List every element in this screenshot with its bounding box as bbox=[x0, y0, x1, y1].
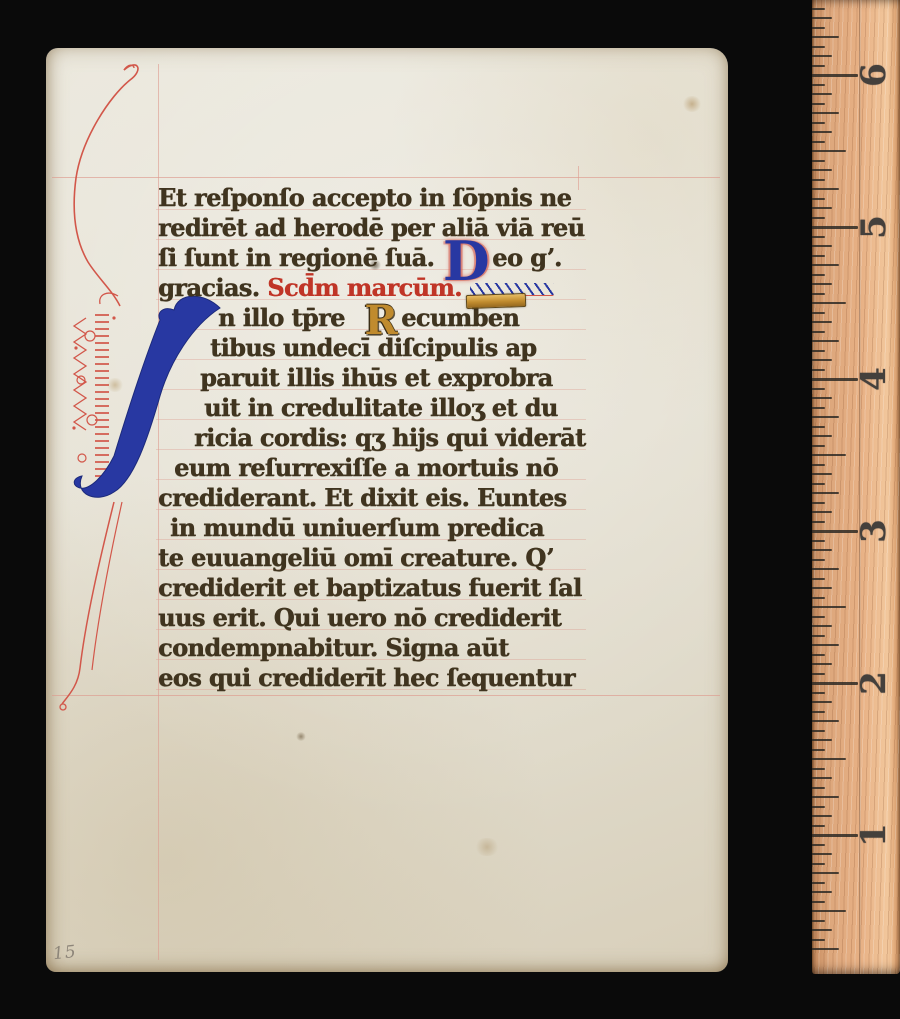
ruler-tick bbox=[812, 388, 825, 390]
ruler-tick bbox=[812, 293, 825, 295]
ruler-tick bbox=[812, 891, 832, 893]
ruler-tick bbox=[812, 236, 825, 238]
ruler-tick bbox=[812, 359, 832, 361]
body-text: in mundū uniuerſum predica bbox=[170, 513, 544, 542]
ruler-tick bbox=[812, 635, 825, 637]
ruler-tick bbox=[812, 435, 832, 437]
body-text: ricia cordis: qʒ hijs qui viderāt bbox=[194, 423, 585, 452]
ruler-tick bbox=[812, 312, 825, 314]
ruler-tick bbox=[812, 663, 832, 665]
ruler-tick bbox=[812, 825, 825, 827]
ruler-tick bbox=[812, 8, 825, 10]
ruler-tick bbox=[812, 796, 839, 798]
ruler-tick bbox=[812, 739, 832, 741]
ruler-tick bbox=[812, 549, 832, 551]
ruler-tick bbox=[812, 654, 825, 656]
body-text: uit in credulitate illoʒ et du bbox=[204, 393, 558, 422]
manuscript-text-line: te euuangeliū omī creature. Qʼ bbox=[158, 543, 606, 573]
body-text: eum reſurrexiſſe a mortuis nō bbox=[174, 453, 558, 482]
manuscript-text-line: ricia cordis: qʒ hijs qui viderāt bbox=[158, 423, 606, 453]
body-text: crediderit et baptizatus fuerit ſal bbox=[158, 573, 582, 602]
body-text: eos qui crediderīt hec ſequentur bbox=[158, 663, 575, 692]
ruler-tick bbox=[812, 853, 832, 855]
ruler-tick bbox=[812, 150, 846, 152]
ruler-tick bbox=[812, 682, 858, 685]
ruler-tick bbox=[812, 578, 825, 580]
ruler-tick bbox=[812, 511, 832, 513]
ruler-tick bbox=[812, 426, 825, 428]
ruler-tick bbox=[812, 568, 839, 570]
wooden-ruler: 654321 bbox=[812, 0, 900, 974]
ruler-tick bbox=[812, 302, 846, 304]
body-text: uus erit. Qui uero nō crediderit bbox=[158, 603, 561, 632]
ruler-tick bbox=[812, 920, 825, 922]
ruler-tick bbox=[812, 378, 858, 381]
manuscript-text-line: ſi ſunt in regionē ſuā. Deo gʼ. bbox=[158, 243, 606, 273]
ruler-tick bbox=[812, 283, 832, 285]
manuscript-text-line: Et reſponſo accepto in ſōpnis ne bbox=[158, 183, 606, 213]
ruler-tick bbox=[812, 131, 832, 133]
ruler-tick bbox=[812, 340, 839, 342]
ruler-tick bbox=[812, 321, 832, 323]
ruler-tick bbox=[812, 112, 839, 114]
ruler-inch-number: 6 bbox=[854, 53, 894, 97]
ruler-tick bbox=[812, 416, 839, 418]
ruler-tick bbox=[812, 720, 839, 722]
ruler-tick bbox=[812, 207, 832, 209]
ruler-tick bbox=[812, 46, 825, 48]
ruler-tick bbox=[812, 141, 825, 143]
ruler-tick bbox=[812, 606, 846, 608]
ruler-inch-number: 3 bbox=[854, 509, 894, 553]
ruler-inch-number: 2 bbox=[854, 661, 894, 705]
ruler-tick bbox=[812, 910, 846, 912]
ruler-tick bbox=[812, 502, 825, 504]
ruler-tick bbox=[812, 901, 825, 903]
ruler-tick bbox=[812, 483, 825, 485]
folio-number-pencil: 15 bbox=[52, 942, 78, 964]
stain bbox=[296, 732, 306, 741]
manuscript-text-line: paruit illis ihūs et exprobra bbox=[158, 363, 606, 393]
ruler-tick bbox=[812, 540, 825, 542]
body-text: paruit illis ihūs et exprobra bbox=[200, 363, 553, 392]
ruler-tick bbox=[812, 625, 832, 627]
body-text: crediderant. Et dixit eis. Euntes bbox=[158, 483, 566, 512]
ruler-tick bbox=[812, 331, 825, 333]
ruler-tick bbox=[812, 179, 825, 181]
ruler-tick bbox=[812, 397, 832, 399]
manuscript-text-line: uit in credulitate illoʒ et du bbox=[158, 393, 606, 423]
ruler-tick bbox=[812, 245, 832, 247]
body-text: eo gʼ. bbox=[492, 243, 562, 272]
ruler-tick bbox=[812, 815, 832, 817]
ruler-tick bbox=[812, 65, 825, 67]
ruler-tick bbox=[812, 521, 825, 523]
photo-background: Et reſponſo accepto in ſōpnis neredirēt … bbox=[0, 0, 900, 1019]
ruler-tick bbox=[812, 768, 825, 770]
text-block: Et reſponſo accepto in ſōpnis neredirēt … bbox=[158, 183, 606, 693]
ruler-tick bbox=[812, 188, 839, 190]
ruler-tick bbox=[812, 217, 825, 219]
initial-R: R bbox=[364, 297, 397, 344]
ruler-tick bbox=[812, 445, 825, 447]
marginal-penwork-flourish-top bbox=[54, 56, 164, 326]
body-text: te euuangeliū omī creature. Qʼ bbox=[158, 543, 553, 572]
ruler-tick bbox=[812, 17, 832, 19]
ruler-tick bbox=[812, 673, 825, 675]
ruler-tick bbox=[812, 597, 825, 599]
ruler-tick bbox=[812, 749, 825, 751]
ruler-tick bbox=[812, 160, 825, 162]
ruler-tick bbox=[812, 948, 839, 950]
ruler-tick bbox=[812, 806, 825, 808]
manuscript-text-line: crediderit et baptizatus fuerit ſal bbox=[158, 573, 606, 603]
ruler-tick bbox=[812, 93, 832, 95]
ruler-tick bbox=[812, 350, 825, 352]
ruler-tick bbox=[812, 844, 825, 846]
ruler-tick bbox=[812, 473, 832, 475]
body-text: condempnabitur. Signa aūt bbox=[158, 633, 509, 662]
ruler-tick bbox=[812, 939, 825, 941]
ruler-tick bbox=[812, 226, 858, 229]
ruler-inch-number: 4 bbox=[854, 357, 894, 401]
manuscript-text-line: condempnabitur. Signa aūt bbox=[158, 633, 606, 663]
body-text: redirēt ad herodē per aliā viā reū bbox=[158, 213, 584, 242]
manuscript-text-line: n illo tp̄re Recumben bbox=[158, 303, 606, 333]
ruler-tick bbox=[812, 255, 825, 257]
stain bbox=[474, 838, 500, 856]
ruler-tick bbox=[812, 122, 825, 124]
ruler-tick bbox=[812, 464, 825, 466]
ruler-tick bbox=[812, 103, 825, 105]
ruler-tick bbox=[812, 711, 825, 713]
ruler-tick bbox=[812, 834, 858, 837]
ruler-tick bbox=[812, 74, 858, 77]
manuscript-text-line: redirēt ad herodē per aliā viā reū bbox=[158, 213, 606, 243]
manuscript-text-line: eos qui crediderīt hec ſequentur bbox=[158, 663, 606, 693]
manuscript-text-line: eum reſurrexiſſe a mortuis nō bbox=[158, 453, 606, 483]
body-text: gracias. bbox=[158, 273, 267, 302]
ruler-tick bbox=[812, 36, 839, 38]
ruler-tick bbox=[812, 169, 832, 171]
ruler-tick bbox=[812, 264, 839, 266]
body-text: ſi ſunt in regionē ſuā. bbox=[158, 243, 442, 272]
ruler-tick bbox=[812, 587, 832, 589]
ruler-tick bbox=[812, 369, 825, 371]
ruler-tick bbox=[812, 701, 832, 703]
ruler-tick bbox=[812, 198, 825, 200]
ruler-tick bbox=[812, 863, 825, 865]
ruler-tick bbox=[812, 872, 839, 874]
ruler-inch-number: 1 bbox=[854, 813, 894, 857]
manuscript-leaf: Et reſponſo accepto in ſōpnis neredirēt … bbox=[46, 48, 728, 972]
body-text: n illo tp̄re bbox=[218, 303, 352, 332]
body-text: Et reſponſo accepto in ſōpnis ne bbox=[158, 183, 571, 212]
ruler-tick bbox=[812, 777, 832, 779]
ruler-tick bbox=[812, 730, 825, 732]
ruler-tick bbox=[812, 882, 825, 884]
ruler-tick bbox=[812, 407, 825, 409]
ruler-tick bbox=[812, 929, 832, 931]
manuscript-text-line: uus erit. Qui uero nō crediderit bbox=[158, 603, 606, 633]
ruler-tick bbox=[812, 84, 825, 86]
stain bbox=[682, 96, 702, 112]
initial-D: D bbox=[443, 229, 489, 293]
ruler-tick bbox=[812, 274, 825, 276]
ruler-tick bbox=[812, 27, 825, 29]
manuscript-text-line: in mundū uniuerſum predica bbox=[158, 513, 606, 543]
ruler-tick bbox=[812, 530, 858, 533]
ruler-tick bbox=[812, 787, 825, 789]
ruler-tick bbox=[812, 616, 825, 618]
ruler-tick bbox=[812, 55, 832, 57]
ruler-inch-number: 5 bbox=[854, 205, 894, 249]
ruler-tick bbox=[812, 692, 825, 694]
gold-line-filler bbox=[466, 293, 526, 309]
ruler-tick bbox=[812, 492, 839, 494]
ruler-tick bbox=[812, 559, 825, 561]
ruler-tick bbox=[812, 454, 846, 456]
ruler-tick bbox=[812, 644, 839, 646]
ruler-tick bbox=[812, 758, 846, 760]
manuscript-text-line: crediderant. Et dixit eis. Euntes bbox=[158, 483, 606, 513]
